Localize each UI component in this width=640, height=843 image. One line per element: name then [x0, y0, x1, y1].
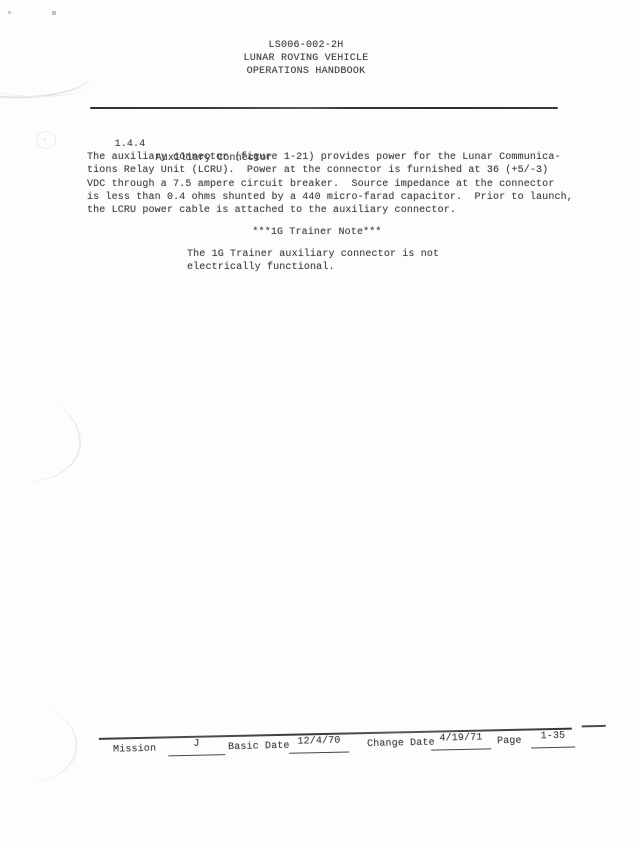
trainer-note-body: The 1G Trainer auxiliary connector is no… [187, 248, 439, 275]
scan-artifact-ring [36, 131, 56, 149]
basic-date-value: 12/4/70 [289, 735, 349, 753]
paragraph-line: tions Relay Unit (LCRU). Power at the co… [87, 164, 573, 177]
change-date-label: Change Date [367, 738, 435, 750]
document-title: LUNAR ROVING VEHICLE [0, 52, 612, 65]
scan-artifact-dot [44, 138, 46, 140]
document-number: LS006-002-2H [0, 39, 612, 52]
scanned-document-page: LS006-002-2H LUNAR ROVING VEHICLE OPERAT… [0, 0, 640, 843]
paragraph-line: is less than 0.4 ohms shunted by a 440 m… [87, 191, 573, 204]
trainer-note-heading: ***1G Trainer Note*** [0, 226, 634, 239]
page-footer: Mission J Basic Date 12/4/70 Change Date… [95, 713, 618, 764]
header-divider-rule [90, 107, 558, 109]
trainer-note-line: electrically functional. [187, 261, 439, 274]
document-header: LS006-002-2H LUNAR ROVING VEHICLE OPERAT… [0, 39, 612, 78]
paragraph-line: the LCRU power cable is attached to the … [87, 204, 573, 217]
section-number: 1.4.4 [115, 138, 146, 151]
document-subtitle: OPERATIONS HANDBOOK [0, 65, 612, 78]
paragraph-line: VDC through a 7.5 ampere circuit breaker… [87, 178, 573, 191]
mission-label: Mission [113, 744, 156, 756]
change-date-value: 4/19/71 [431, 732, 491, 750]
scan-artifact-curve [0, 373, 91, 495]
page-label: Page [497, 736, 522, 748]
mission-value: J [168, 738, 225, 756]
trainer-note-line: The 1G Trainer auxiliary connector is no… [187, 248, 439, 261]
body-paragraph: The auxiliary connector (figure 1-21) pr… [87, 151, 573, 217]
scan-artifact-curve [0, 688, 84, 792]
basic-date-label: Basic Date [228, 741, 290, 753]
scan-speck [52, 11, 56, 15]
paragraph-line: The auxiliary connector (figure 1-21) pr… [87, 151, 573, 164]
scan-speck [8, 11, 11, 14]
page-number: 1-35 [531, 731, 575, 749]
footer-divider-dash [582, 725, 606, 727]
